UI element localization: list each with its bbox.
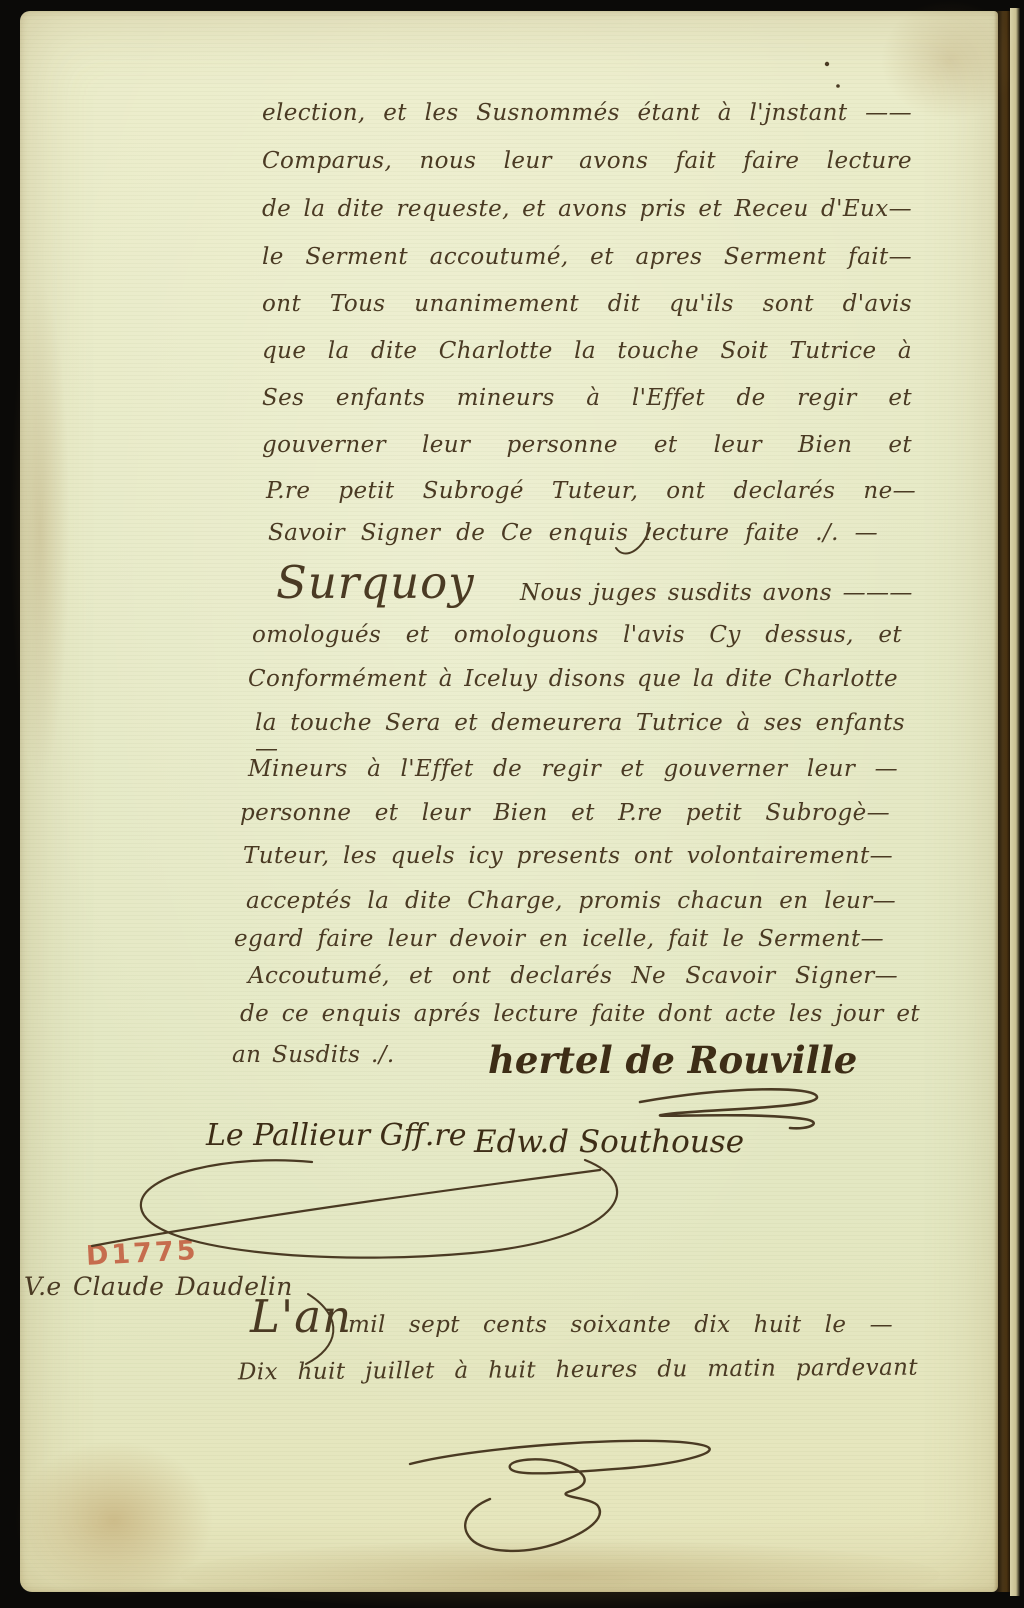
archive-stamp-d1775: D1775 — [85, 1235, 199, 1272]
manuscript-line: Mineurs à l'Effet de regir et gouverner … — [248, 756, 898, 782]
manuscript-line: an Susdits ./. — [232, 1042, 395, 1068]
manuscript-line: Accoutumé, et ont declarés Ne Scavoir Si… — [248, 963, 898, 989]
signature-le-pallieur-greffier: Le Pallieur Gff.re — [206, 1118, 467, 1153]
manuscript-line: que la dite Charlotte la touche Soit Tut… — [262, 338, 912, 364]
manuscript-line: personne et leur Bien et P.re petit Subr… — [240, 800, 890, 826]
underlying-page-edge — [1010, 8, 1020, 1596]
manuscript-line: gouverner leur personne et leur Bien et — [262, 432, 912, 458]
scanned-manuscript-page: election, et les Susnommés étant à l'jns… — [0, 0, 1024, 1608]
date-lead-word: L'an — [250, 1290, 352, 1343]
manuscript-line: la touche Sera et demeurera Tutrice à se… — [255, 710, 905, 762]
manuscript-line: Comparus, nous leur avons fait faire lec… — [262, 148, 912, 174]
paragraph-lead-word: Surquoy — [276, 556, 475, 609]
manuscript-line: Tuteur, les quels icy presents ont volon… — [243, 843, 893, 869]
manuscript-line: P.re petit Subrogé Tuteur, ont declarés … — [266, 478, 916, 504]
manuscript-line: omologués et omologuons l'avis Cy dessus… — [252, 622, 902, 648]
manuscript-line: Nous juges susdits avons ——— — [520, 580, 913, 606]
manuscript-line: Conformément à Iceluy disons que la dite… — [248, 666, 898, 692]
manuscript-line: de ce enquis aprés lecture faite dont ac… — [240, 1001, 920, 1027]
manuscript-line: de la dite requeste, et avons pris et Re… — [262, 196, 912, 222]
page-binding-seam — [994, 11, 1010, 1592]
manuscript-line: election, et les Susnommés étant à l'jns… — [262, 100, 912, 126]
manuscript-line: Ses enfants mineurs à l'Effet de regir e… — [262, 385, 912, 411]
manuscript-line: ont Tous unanimement dit qu'ils sont d'a… — [262, 291, 912, 317]
date-line: Dix huit juillet à huit heures du matin … — [238, 1355, 918, 1386]
date-line: mil sept cents soixante dix huit le — — [348, 1312, 893, 1338]
manuscript-line: egard faire leur devoir en icelle, fait … — [234, 926, 884, 952]
signature-hertel-de-rouville: hertel de Rouville — [488, 1038, 857, 1082]
manuscript-line: Savoir Signer de Ce enquis lecture faite… — [268, 520, 878, 546]
manuscript-line: acceptés la dite Charge, promis chacun e… — [246, 888, 896, 914]
manuscript-line: le Serment accoutumé, et apres Serment f… — [262, 244, 912, 270]
signature-edward-southouse: Edw.d Southouse — [474, 1124, 744, 1160]
